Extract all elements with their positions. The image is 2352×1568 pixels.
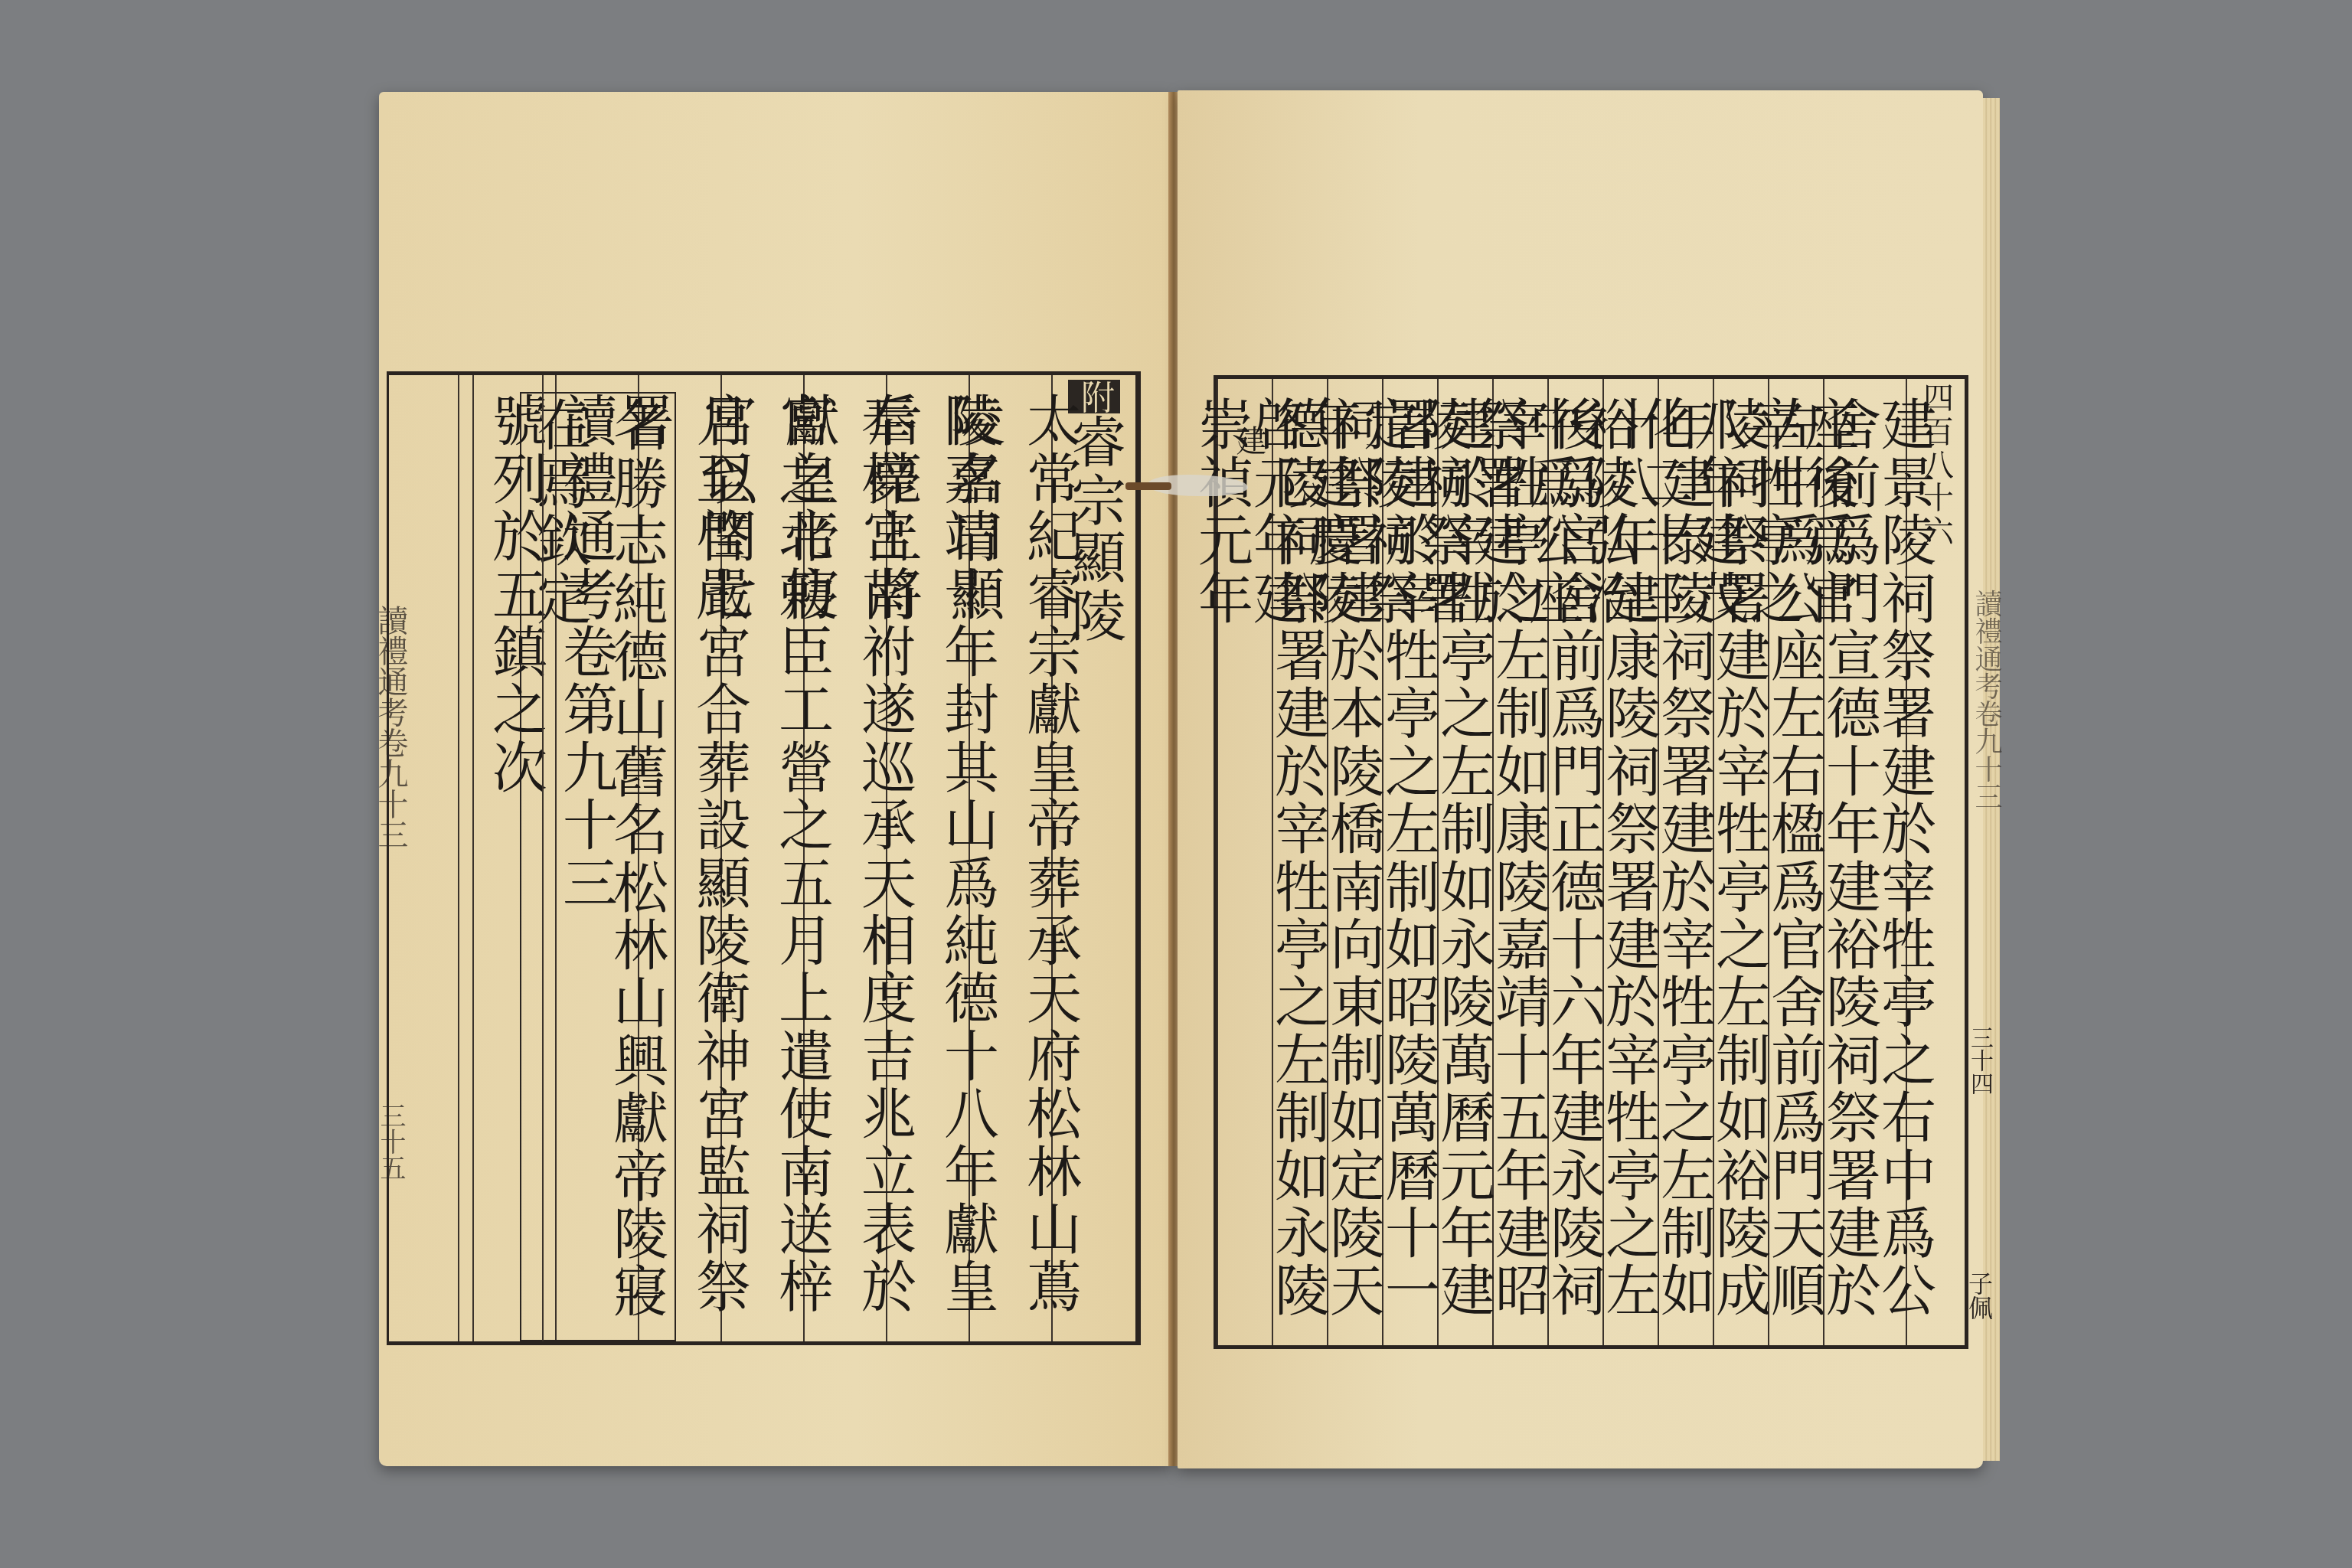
empty-column (389, 375, 458, 1341)
column-text: 建 (1210, 425, 1287, 458)
right-margin-page-number: 三十四 (1965, 1026, 1993, 1095)
left-text-frame: 附 睿宗顯陵 太常紀睿宗獻皇帝葬承天府松林山蔦陵名曰顯 陵嘉靖十年封其山爲純德十… (387, 371, 1141, 1345)
empty-column (458, 375, 544, 1341)
right-margin-spine-title: 讀禮通考卷九十三 (1969, 590, 2003, 810)
right-text-frame: 四百八十六 建景陵祠祭署建於宰牲亭之右中爲公座後爲官 舍前爲門宣德十年建裕陵祠祭… (1214, 375, 1968, 1349)
binding-thread-mark (1125, 482, 1171, 490)
right-margin-bottom-label: 子佩 (1964, 1271, 1994, 1320)
volume-title-column: 讀禮通考卷第九十三 (542, 375, 628, 1341)
text-column: 建 (1218, 379, 1279, 1345)
volume-title: 讀禮通考卷第九十三 (547, 392, 624, 912)
